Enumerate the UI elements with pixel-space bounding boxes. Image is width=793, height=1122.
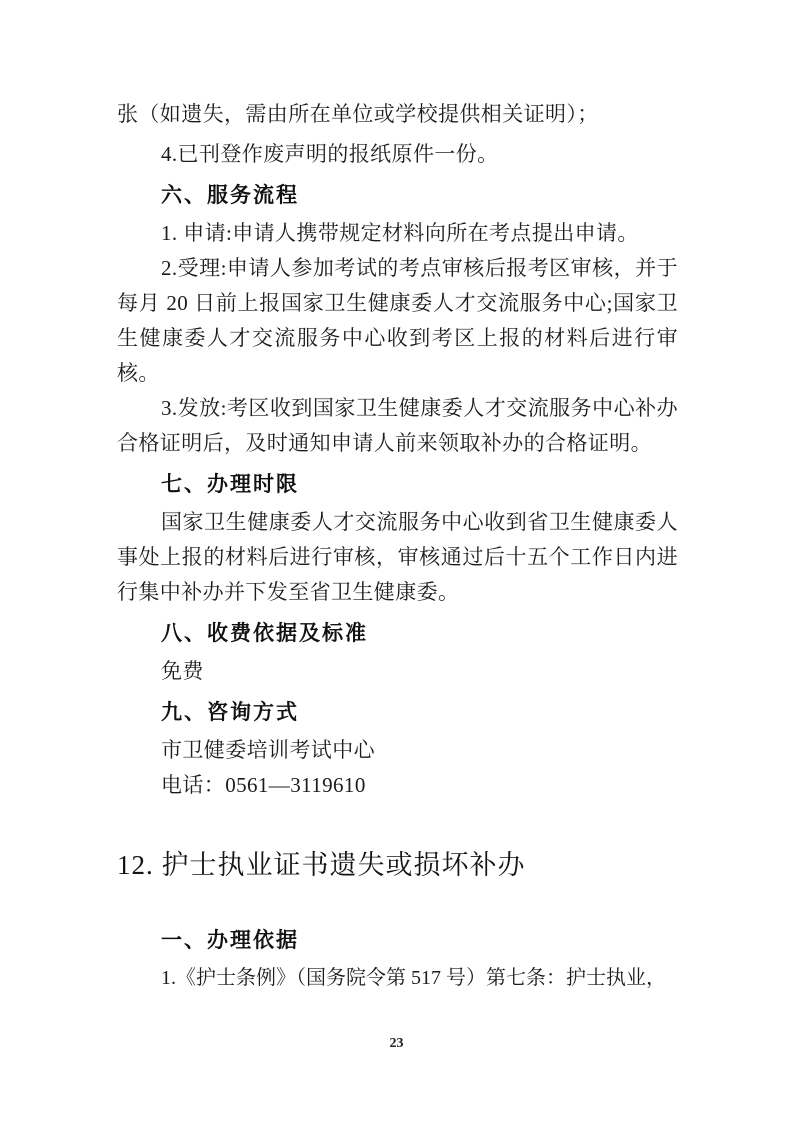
- heading-service-process: 六、服务流程: [117, 178, 678, 213]
- paragraph-step-accept: 2.受理:申请人参加考试的考点审核后报考区审核，并于每月 20 日前上报国家卫生…: [117, 251, 678, 391]
- paragraph-time-limit-detail: 国家卫生健康委人才交流服务中心收到省卫生健康委人事处上报的材料后进行审核，审核通…: [117, 505, 678, 610]
- chapter-title-nurse-certificate-replacement: 12. 护士执业证书遗失或损坏补办: [117, 845, 678, 885]
- heading-consultation-method: 九、咨询方式: [117, 695, 678, 730]
- heading-handling-basis: 一、办理依据: [117, 923, 678, 958]
- page-content: 张（如遗失，需由所在单位或学校提供相关证明）； 4.已刊登作废声明的报纸原件一份…: [117, 97, 678, 996]
- paragraph-regulation-nurse-ordinance: 1.《护士条例》（国务院令第 517 号）第七条：护士执业，: [117, 961, 678, 996]
- paragraph-consultation-org: 市卫健委培训考试中心: [117, 733, 678, 768]
- page-number: 23: [0, 1036, 793, 1052]
- paragraph-step-issue: 3.发放:考区收到国家卫生健康委人才交流服务中心补办合格证明后，及时通知申请人前…: [117, 391, 678, 461]
- document-page: 张（如遗失，需由所在单位或学校提供相关证明）； 4.已刊登作废声明的报纸原件一份…: [0, 0, 793, 1122]
- paragraph-step-apply: 1. 申请:申请人携带规定材料向所在考点提出申请。: [117, 216, 678, 251]
- paragraph-fee-free: 免费: [117, 654, 678, 689]
- paragraph-material-item-4: 4.已刊登作废声明的报纸原件一份。: [117, 137, 678, 172]
- paragraph-continuation-certificates: 张（如遗失，需由所在单位或学校提供相关证明）；: [117, 97, 678, 132]
- heading-fee-basis-standard: 八、收费依据及标准: [117, 616, 678, 651]
- heading-processing-time-limit: 七、办理时限: [117, 467, 678, 502]
- paragraph-consultation-phone: 电话：0561—3119610: [117, 768, 678, 803]
